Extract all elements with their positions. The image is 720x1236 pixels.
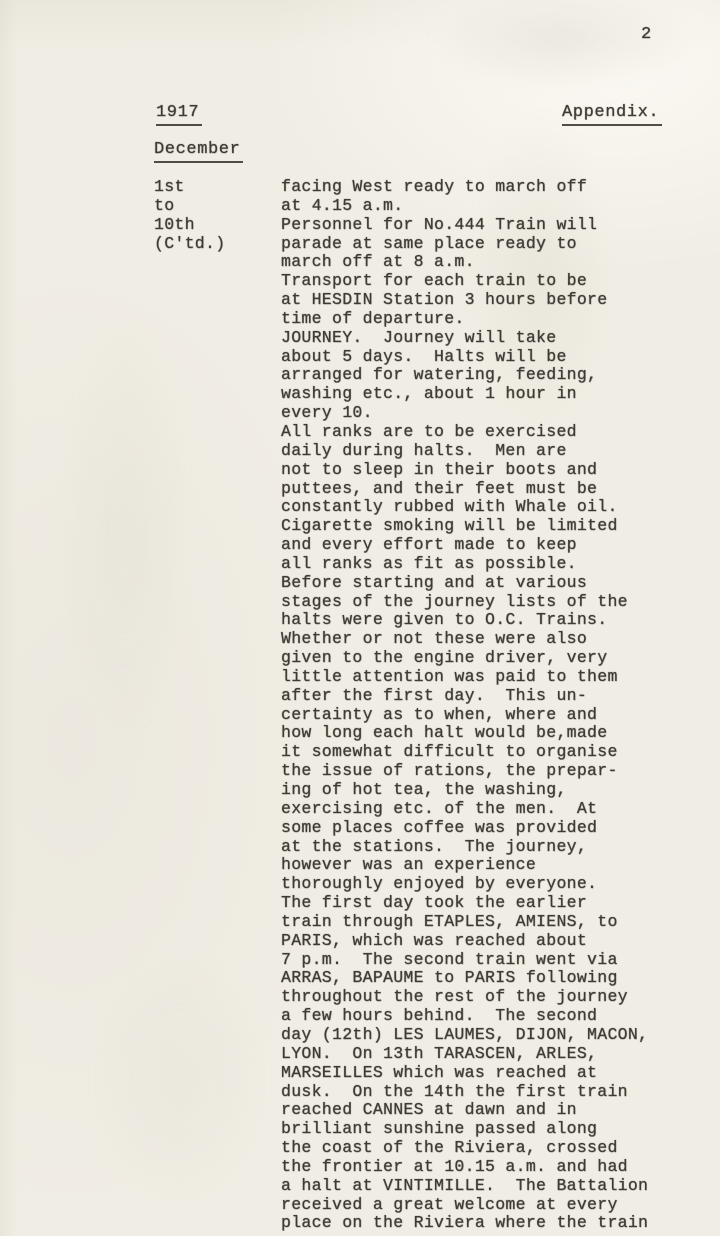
text-line: not to sleep in their boots and	[281, 461, 691, 480]
text-line: puttees, and their feet must be	[281, 480, 691, 499]
text-line: place on the Riviera where the train	[281, 1214, 691, 1233]
text-line: halts were given to O.C. Trains.	[281, 611, 691, 630]
text-line: a halt at VINTIMILLE. The Battalion	[281, 1177, 691, 1196]
text-line: about 5 days. Halts will be	[281, 348, 691, 367]
text-line: parade at same place ready to	[281, 235, 691, 254]
text-line: PARIS, which was reached about	[281, 932, 691, 951]
text-line: reached CANNES at dawn and in	[281, 1101, 691, 1120]
text-line: Transport for each train to be	[281, 272, 691, 291]
text-line: JOURNEY. Journey will take	[281, 329, 691, 348]
text-line: facing West ready to march off	[281, 178, 691, 197]
appendix-heading: Appendix.	[562, 103, 662, 126]
month-heading: December	[154, 140, 243, 163]
date-line: to	[154, 197, 225, 216]
text-line: 7 p.m. The second train went via	[281, 951, 691, 970]
text-line: daily during halts. Men are	[281, 442, 691, 461]
text-line: how long each halt would be,made	[281, 724, 691, 743]
text-line: received a great welcome at every	[281, 1196, 691, 1215]
year-heading: 1917	[156, 103, 202, 126]
text-line: certainty as to when, where and	[281, 706, 691, 725]
text-line: given to the engine driver, very	[281, 649, 691, 668]
text-line: constantly rubbed with Whale oil.	[281, 498, 691, 517]
text-line: ARRAS, BAPAUME to PARIS following	[281, 969, 691, 988]
paper-stain	[430, 0, 700, 90]
text-line: train through ETAPLES, AMIENS, to	[281, 913, 691, 932]
text-line: washing etc., about 1 hour in	[281, 385, 691, 404]
text-line: All ranks are to be exercised	[281, 423, 691, 442]
text-line: however was an experience	[281, 856, 691, 875]
text-line: the coast of the Riviera, crossed	[281, 1139, 691, 1158]
text-line: a few hours behind. The second	[281, 1007, 691, 1026]
text-line: Personnel for No.444 Train will	[281, 216, 691, 235]
text-line: every 10.	[281, 404, 691, 423]
text-line: LYON. On 13th TARASCEN, ARLES,	[281, 1045, 691, 1064]
text-line: at HESDIN Station 3 hours before	[281, 291, 691, 310]
scanned-document-page: 2 1917 Appendix. December 1stto10th(C'td…	[0, 0, 720, 1236]
date-line: (C'td.)	[154, 235, 225, 254]
text-line: The first day took the earlier	[281, 894, 691, 913]
paper-stain	[90, 950, 270, 1210]
text-line: exercising etc. of the men. At	[281, 800, 691, 819]
text-line: stages of the journey lists of the	[281, 593, 691, 612]
text-line: MARSEILLES which was reached at	[281, 1064, 691, 1083]
text-line: dusk. On the 14th the first train	[281, 1083, 691, 1102]
text-line: the frontier at 10.15 a.m. and had	[281, 1158, 691, 1177]
date-line: 10th	[154, 216, 225, 235]
text-line: brilliant sunshine passed along	[281, 1120, 691, 1139]
text-line: the issue of rations, the prepar-	[281, 762, 691, 781]
text-line: little attention was paid to them	[281, 668, 691, 687]
text-line: it somewhat difficult to organise	[281, 743, 691, 762]
text-line: time of departure.	[281, 310, 691, 329]
text-line: some places coffee was provided	[281, 819, 691, 838]
text-line: march off at 8 a.m.	[281, 253, 691, 272]
date-line: 1st	[154, 178, 225, 197]
paper-stain	[60, 320, 190, 740]
text-line: all ranks as fit as possible.	[281, 555, 691, 574]
text-line: arranged for watering, feeding,	[281, 366, 691, 385]
text-line: after the first day. This un-	[281, 687, 691, 706]
text-line: Whether or not these were also	[281, 630, 691, 649]
text-line: throughout the rest of the journey	[281, 988, 691, 1007]
page-number: 2	[641, 25, 651, 44]
text-line: thoroughly enjoyed by everyone.	[281, 875, 691, 894]
text-line: Before starting and at various	[281, 574, 691, 593]
text-line: day (12th) LES LAUMES, DIJON, MACON,	[281, 1026, 691, 1045]
text-line: at 4.15 a.m.	[281, 197, 691, 216]
text-line: at the stations. The journey,	[281, 838, 691, 857]
text-line: ing of hot tea, the washing,	[281, 781, 691, 800]
text-line: and every effort made to keep	[281, 536, 691, 555]
diary-body-text: facing West ready to march offat 4.15 a.…	[281, 178, 691, 1233]
date-range-label: 1stto10th(C'td.)	[154, 178, 225, 253]
text-line: Cigarette smoking will be limited	[281, 517, 691, 536]
